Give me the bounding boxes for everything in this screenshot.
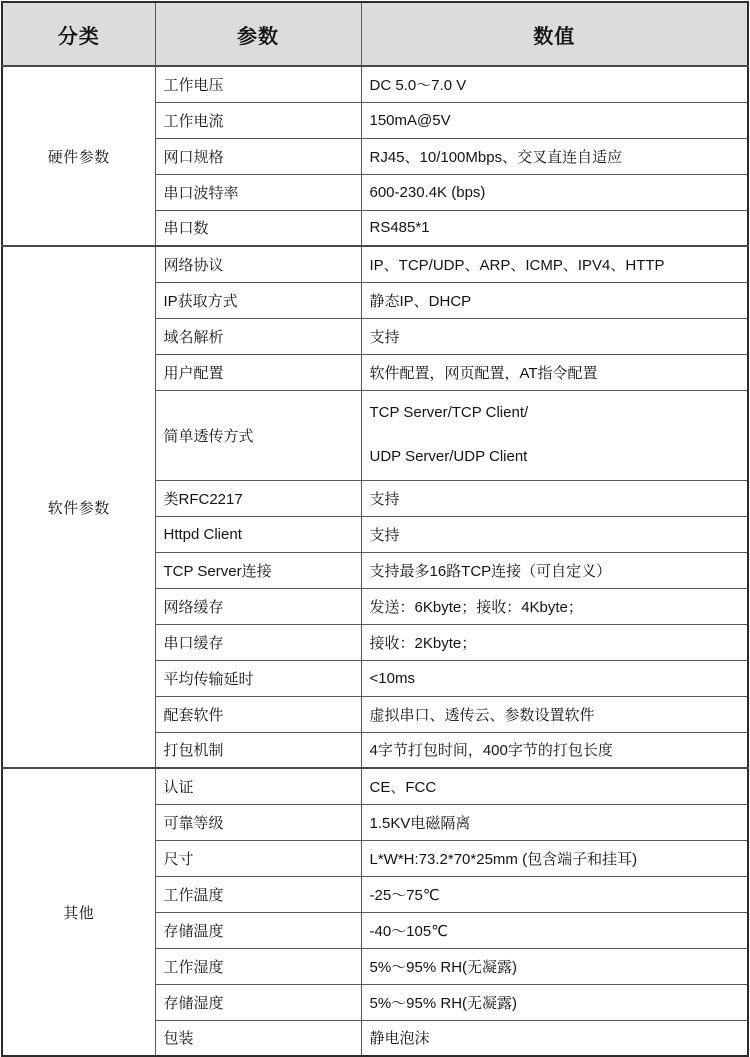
category-cell-software: 软件参数 bbox=[2, 246, 155, 768]
value-cell: CE、FCC bbox=[361, 768, 748, 804]
param-cell: 打包机制 bbox=[155, 732, 361, 768]
param-cell: 网络缓存 bbox=[155, 588, 361, 624]
table-row: 其他 认证 CE、FCC bbox=[2, 768, 748, 804]
param-cell: TCP Server连接 bbox=[155, 552, 361, 588]
value-cell: 静态IP、DHCP bbox=[361, 282, 748, 318]
value-cell: -25～75℃ bbox=[361, 876, 748, 912]
spec-table: 分类 参数 数值 硬件参数 工作电压 DC 5.0～7.0 V 工作电流 150… bbox=[1, 1, 749, 1057]
header-parameter: 参数 bbox=[155, 2, 361, 66]
value-cell: <10ms bbox=[361, 660, 748, 696]
category-cell-other: 其他 bbox=[2, 768, 155, 1056]
param-cell: 串口数 bbox=[155, 210, 361, 246]
value-cell: 静电泡沫 bbox=[361, 1020, 748, 1056]
param-cell: 认证 bbox=[155, 768, 361, 804]
table-row: 硬件参数 工作电压 DC 5.0～7.0 V bbox=[2, 66, 748, 102]
header-category: 分类 bbox=[2, 2, 155, 66]
value-cell: RS485*1 bbox=[361, 210, 748, 246]
param-cell: 串口波特率 bbox=[155, 174, 361, 210]
section-hardware: 硬件参数 工作电压 DC 5.0～7.0 V 工作电流 150mA@5V 网口规… bbox=[2, 66, 748, 246]
param-cell: 尺寸 bbox=[155, 840, 361, 876]
param-cell: 包装 bbox=[155, 1020, 361, 1056]
param-cell: 域名解析 bbox=[155, 318, 361, 354]
value-cell: 支持 bbox=[361, 318, 748, 354]
value-cell: 600-230.4K (bps) bbox=[361, 174, 748, 210]
value-cell: 支持最多16路TCP连接（可自定义） bbox=[361, 552, 748, 588]
param-cell: 用户配置 bbox=[155, 354, 361, 390]
value-line-2: UDP Server/UDP Client bbox=[370, 447, 742, 467]
param-cell: 工作电流 bbox=[155, 102, 361, 138]
param-cell: 类RFC2217 bbox=[155, 480, 361, 516]
param-cell: 串口缓存 bbox=[155, 624, 361, 660]
value-cell: 150mA@5V bbox=[361, 102, 748, 138]
value-cell: DC 5.0～7.0 V bbox=[361, 66, 748, 102]
value-line-1: TCP Server/TCP Client/ bbox=[370, 403, 742, 423]
value-cell: 虚拟串口、透传云、参数设置软件 bbox=[361, 696, 748, 732]
section-software: 软件参数 网络协议 IP、TCP/UDP、ARP、ICMP、IPV4、HTTP … bbox=[2, 246, 748, 768]
value-cell: 软件配置，网页配置，AT指令配置 bbox=[361, 354, 748, 390]
param-cell: 工作电压 bbox=[155, 66, 361, 102]
value-cell: TCP Server/TCP Client/ UDP Server/UDP Cl… bbox=[361, 390, 748, 480]
value-cell: IP、TCP/UDP、ARP、ICMP、IPV4、HTTP bbox=[361, 246, 748, 282]
value-cell: 1.5KV电磁隔离 bbox=[361, 804, 748, 840]
param-cell: 工作湿度 bbox=[155, 948, 361, 984]
value-cell: -40～105℃ bbox=[361, 912, 748, 948]
value-cell: 支持 bbox=[361, 516, 748, 552]
value-cell: 接收：2Kbyte； bbox=[361, 624, 748, 660]
param-cell: 工作温度 bbox=[155, 876, 361, 912]
param-cell: 网络协议 bbox=[155, 246, 361, 282]
header-row: 分类 参数 数值 bbox=[2, 2, 748, 66]
section-other: 其他 认证 CE、FCC 可靠等级 1.5KV电磁隔离 尺寸 L*W*H:73.… bbox=[2, 768, 748, 1056]
param-cell: 配套软件 bbox=[155, 696, 361, 732]
param-cell: 平均传输延时 bbox=[155, 660, 361, 696]
value-cell: 支持 bbox=[361, 480, 748, 516]
value-cell: 5%～95% RH(无凝露) bbox=[361, 984, 748, 1020]
param-cell: 可靠等级 bbox=[155, 804, 361, 840]
param-cell: IP获取方式 bbox=[155, 282, 361, 318]
value-cell: 5%～95% RH(无凝露) bbox=[361, 948, 748, 984]
param-cell: Httpd Client bbox=[155, 516, 361, 552]
param-cell: 简单透传方式 bbox=[155, 390, 361, 480]
value-cell: 4字节打包时间，400字节的打包长度 bbox=[361, 732, 748, 768]
value-cell: 发送：6Kbyte；接收：4Kbyte； bbox=[361, 588, 748, 624]
value-multiline: TCP Server/TCP Client/ UDP Server/UDP Cl… bbox=[370, 403, 742, 467]
value-cell: L*W*H:73.2*70*25mm (包含端子和挂耳) bbox=[361, 840, 748, 876]
header-value: 数值 bbox=[361, 2, 748, 66]
param-cell: 存储温度 bbox=[155, 912, 361, 948]
param-cell: 网口规格 bbox=[155, 138, 361, 174]
table-row: 软件参数 网络协议 IP、TCP/UDP、ARP、ICMP、IPV4、HTTP bbox=[2, 246, 748, 282]
param-cell: 存储湿度 bbox=[155, 984, 361, 1020]
value-cell: RJ45、10/100Mbps、交叉直连自适应 bbox=[361, 138, 748, 174]
category-cell-hardware: 硬件参数 bbox=[2, 66, 155, 246]
